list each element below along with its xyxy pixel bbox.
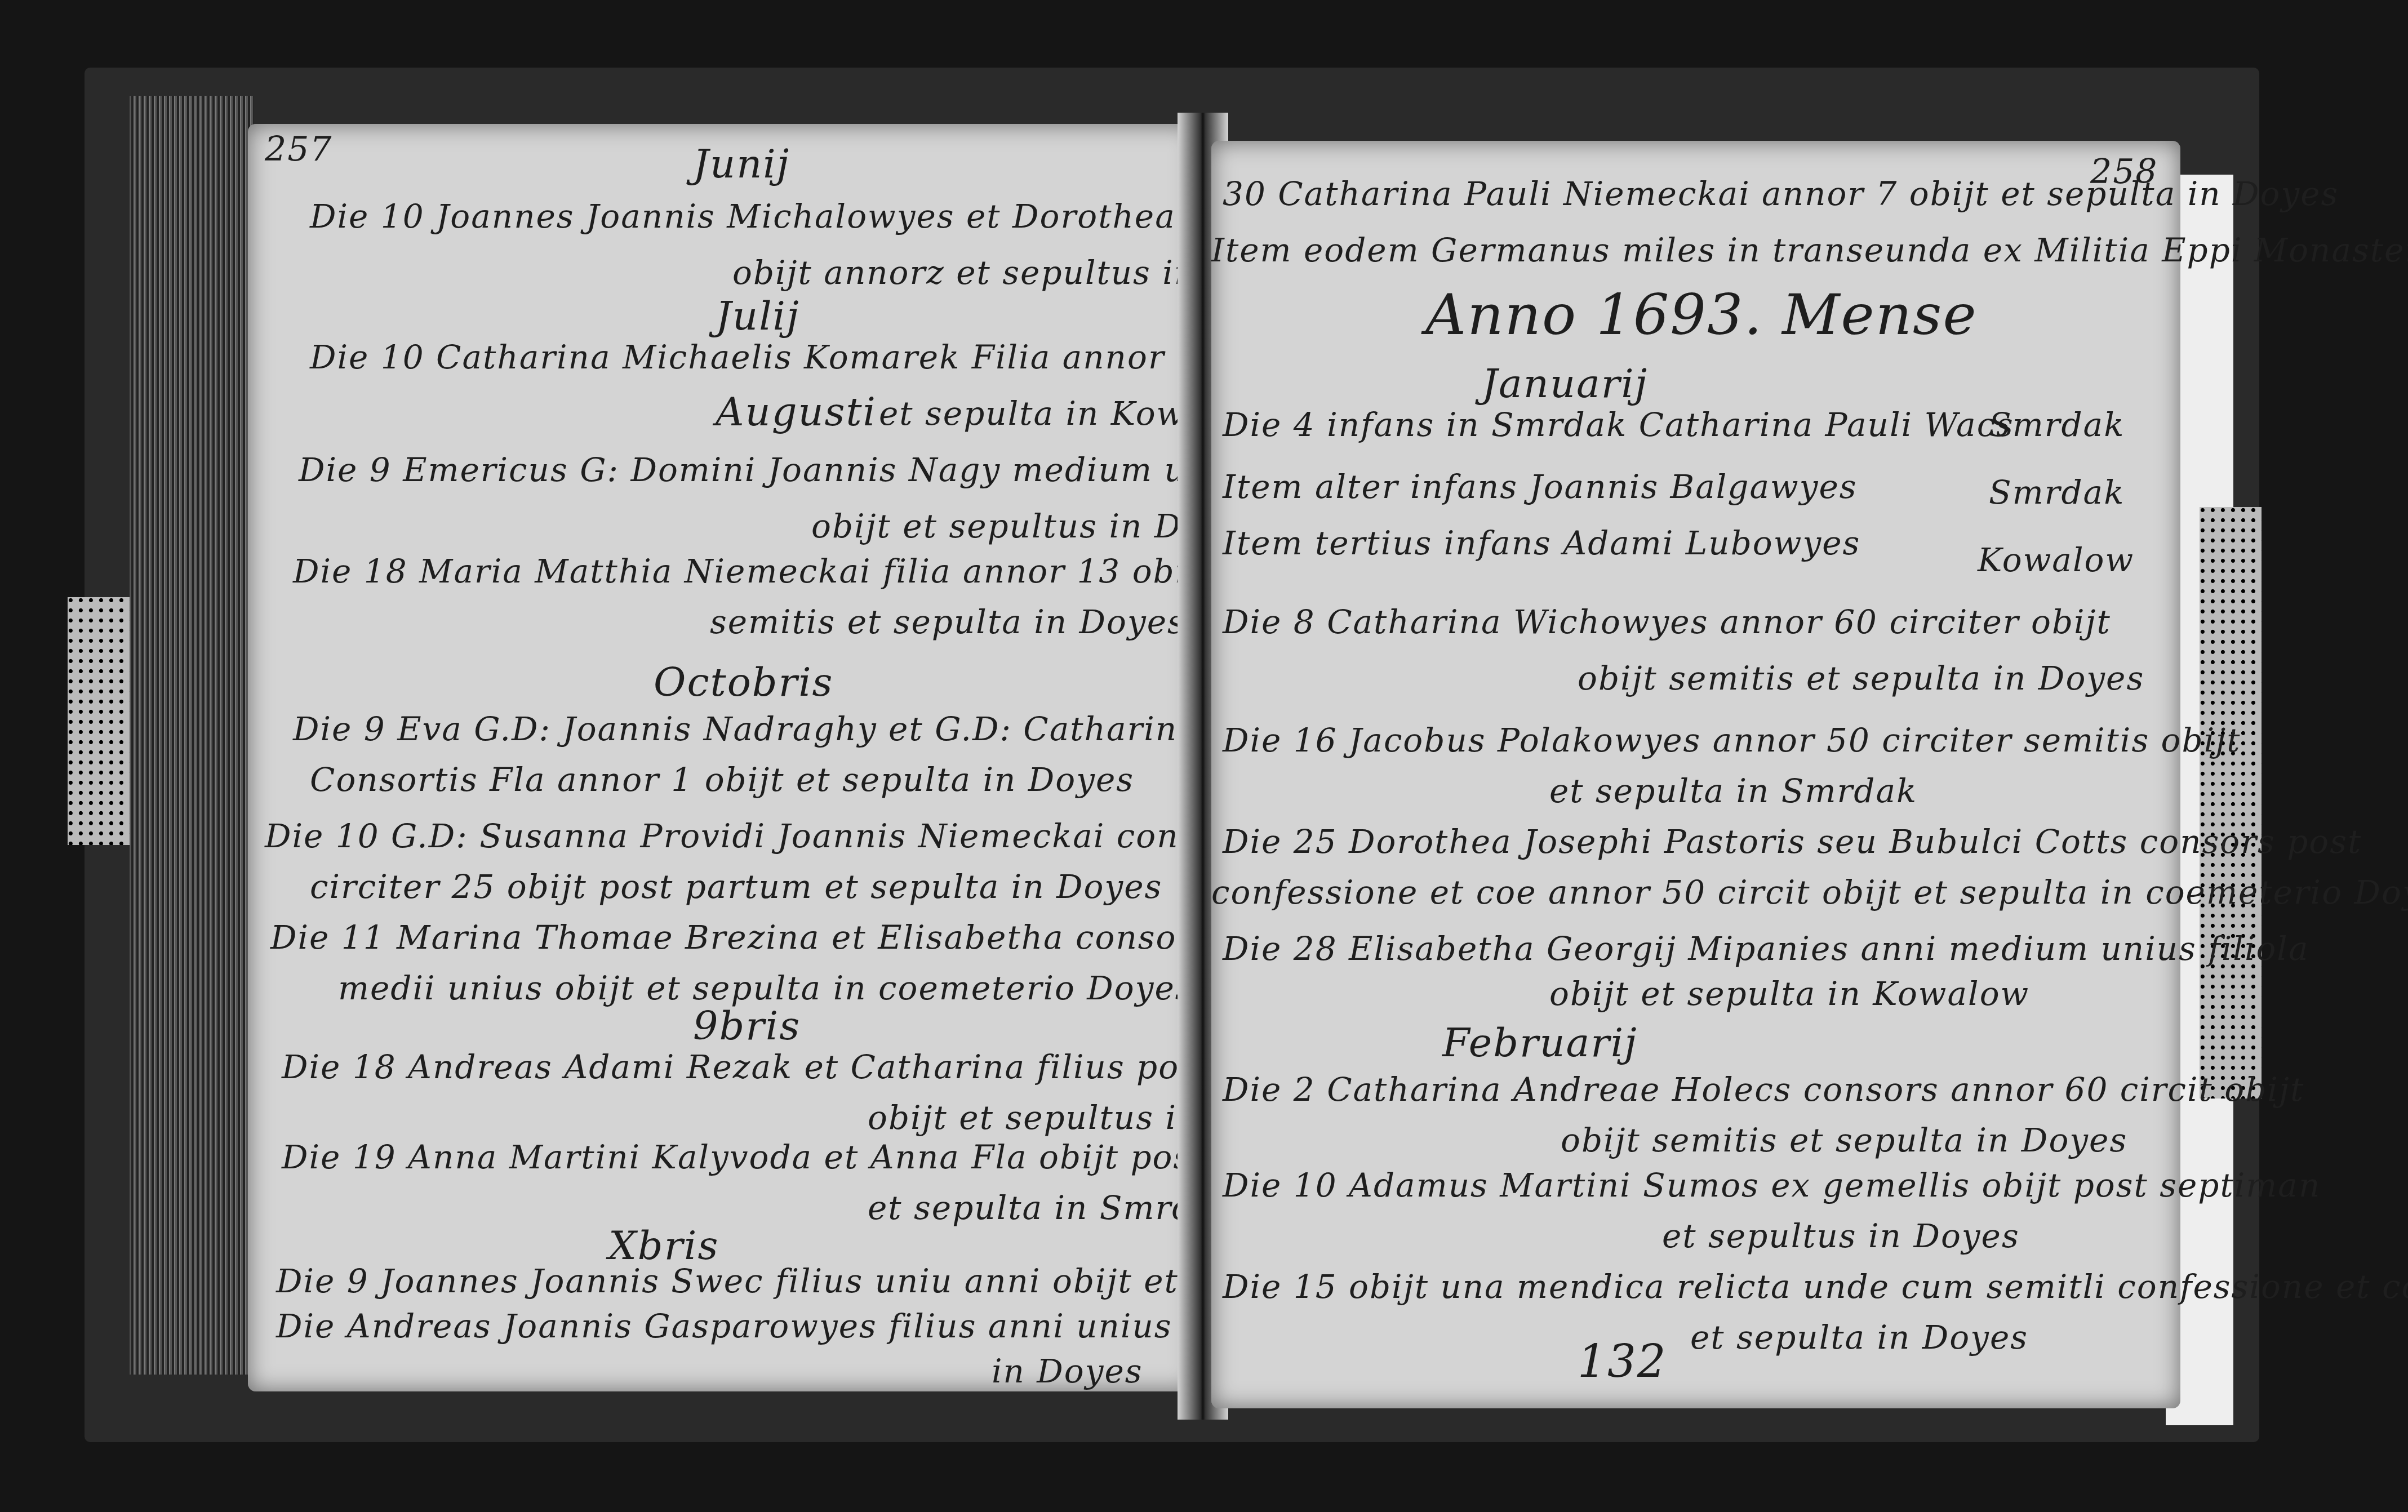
entry-line: Item eodem Germanus miles in transeunda … bbox=[1211, 231, 2408, 269]
entry-line: obijt et sepulta in Kowalow bbox=[1549, 975, 2029, 1013]
entry-line: Die 28 Elisabetha Georgij Mipanies anni … bbox=[1223, 930, 2309, 968]
entry-line: Die 4 infans in Smrdak Catharina Pauli W… bbox=[1223, 406, 2014, 444]
right-page: 258 30 Catharina Pauli Niemeckai annor 7… bbox=[1211, 141, 2180, 1408]
entry-line: Die 8 Catharina Wichowyes annor 60 circi… bbox=[1223, 603, 2111, 641]
month-heading: Februarij bbox=[1442, 1020, 1638, 1066]
entry-line: Die 9 Joannes Joannis Swec filius uniu a… bbox=[276, 1262, 1296, 1300]
entry-line: Item tertius infans Adami Lubowyes bbox=[1223, 524, 1860, 562]
marbled-endpaper-left bbox=[68, 597, 130, 845]
month-heading: Augusti bbox=[716, 389, 877, 435]
marbled-endpaper-right bbox=[2200, 507, 2262, 1099]
entry-line: Item alter infans Joannis Balgawyes bbox=[1223, 468, 1858, 506]
entry-line: Die 18 Maria Matthia Niemeckai filia ann… bbox=[293, 552, 1212, 590]
page-number-left: 257 bbox=[265, 130, 333, 169]
entry-line: in Doyes bbox=[992, 1352, 1143, 1390]
place-name: Smrdak bbox=[1989, 406, 2125, 444]
entry-line: et sepultus in Doyes bbox=[1662, 1217, 2020, 1255]
entry-line: confessione et coe annor 50 circit obijt… bbox=[1211, 873, 2408, 911]
entry-line: circiter 25 obijt post partum et sepulta… bbox=[310, 868, 1162, 906]
year-heading: Anno 1693. Mense bbox=[1425, 282, 1978, 348]
entry-line: Die 9 Eva G.D: Joannis Nadraghy et G.D: … bbox=[293, 710, 1198, 748]
entry-line: Die 10 Catharina Michaelis Komarek Filia… bbox=[310, 338, 1165, 376]
month-heading: Januarij bbox=[1482, 361, 1648, 407]
entry-line: Die 2 Catharina Andreae Holecs consors a… bbox=[1223, 1070, 2304, 1109]
entry-line: Die 15 obijt una mendica relicta unde cu… bbox=[1223, 1268, 2408, 1306]
entry-line: Die 19 Anna Martini Kalyvoda et Anna Fla… bbox=[282, 1138, 1206, 1176]
entry-line: et sepulta in Doyes bbox=[1690, 1318, 2028, 1357]
entry-line: obijt semitis et sepulta in Doyes bbox=[1578, 659, 2144, 697]
entry-line: semitis et sepulta in Doyes bbox=[710, 603, 1185, 641]
entry-line: medii unius obijt et sepulta in coemeter… bbox=[338, 969, 1227, 1007]
folio-stamp: 132 bbox=[1578, 1335, 1667, 1388]
entry-line: Die 10 Adamus Martini Sumos ex gemellis … bbox=[1223, 1166, 2321, 1204]
month-heading: 9bris bbox=[693, 1003, 801, 1049]
entry-line: Die 18 Andreas Adami Rezak et Catharina … bbox=[282, 1048, 1211, 1086]
entry-line: Die 25 Dorothea Josephi Pastoris seu Bub… bbox=[1223, 822, 2362, 861]
entry-line: Die 16 Jacobus Polakowyes annor 50 circi… bbox=[1223, 721, 2241, 759]
month-heading: Julij bbox=[716, 293, 800, 339]
place-name: Kowalow bbox=[1978, 541, 2134, 579]
entry-line: 30 Catharina Pauli Niemeckai annor 7 obi… bbox=[1223, 175, 2339, 213]
entry-line: obijt semitis et sepulta in Doyes bbox=[1561, 1121, 2127, 1159]
left-page: 257 Junij Die 10 Joannes Joannis Michalo… bbox=[248, 124, 1194, 1391]
entry-line: Die 9 Emericus G: Domini Joannis Nagy me… bbox=[299, 451, 1292, 489]
place-name: Smrdak bbox=[1989, 473, 2125, 512]
page-edges-left bbox=[130, 96, 254, 1375]
entry-line: Consortis Fla annor 1 obijt et sepulta i… bbox=[310, 761, 1134, 799]
entry-line: et sepulta in Smrdak bbox=[1549, 772, 1917, 810]
month-heading: Octobris bbox=[654, 659, 833, 705]
month-heading: Junij bbox=[693, 141, 790, 187]
